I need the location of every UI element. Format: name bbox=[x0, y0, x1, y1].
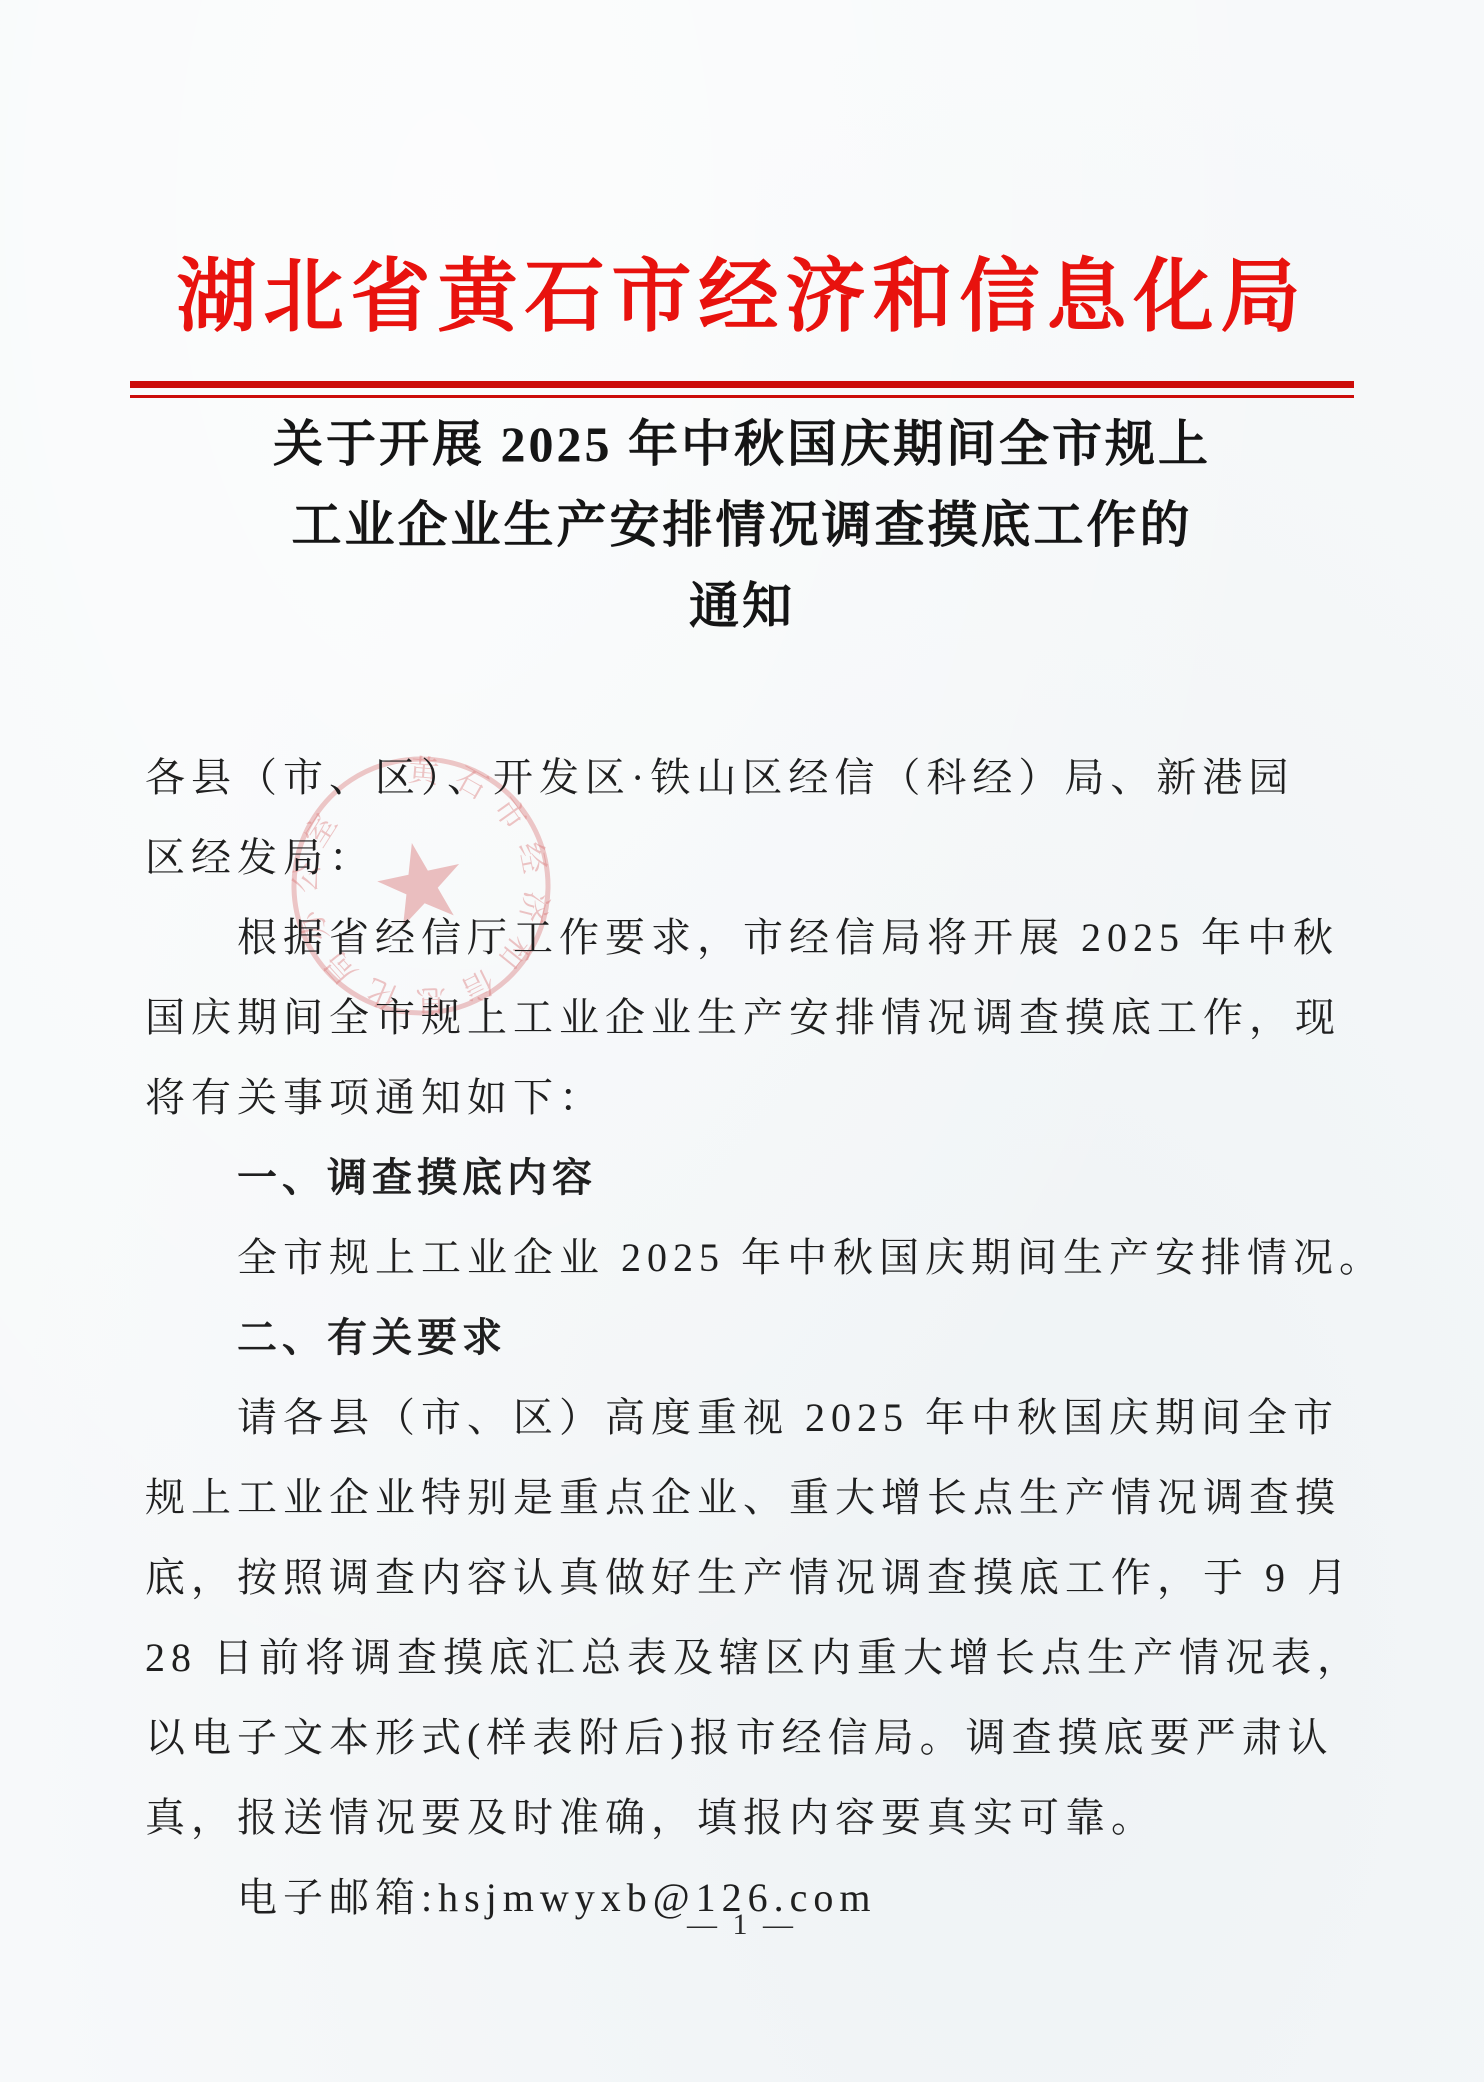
body-line: 国庆期间全市规上工业企业生产安排情况调查摸底工作，现 bbox=[145, 978, 1357, 1058]
body-line: 以电子文本形式(样表附后)报市经信局。调查摸底要严肃认 bbox=[145, 1698, 1357, 1778]
red-rule-thin bbox=[130, 395, 1354, 398]
body-line: 各县（市、区）、开发区·铁山区经信（科经）局、新港园 bbox=[145, 738, 1357, 818]
body-line: 全市规上工业企业 2025 年中秋国庆期间生产安排情况。 bbox=[145, 1218, 1357, 1298]
body-line: 一、调查摸底内容 bbox=[145, 1138, 1357, 1218]
body-lines: 各县（市、区）、开发区·铁山区经信（科经）局、新港园区经发局：根据省经信厅工作要… bbox=[145, 738, 1357, 1938]
body-line: 底，按照调查内容认真做好生产情况调查摸底工作，于 9 月 bbox=[145, 1538, 1357, 1618]
body-line: 真，报送情况要及时准确，填报内容要真实可靠。 bbox=[145, 1778, 1357, 1858]
body-line: 将有关事项通知如下： bbox=[145, 1058, 1357, 1138]
document-title: 关于开展 2025 年中秋国庆期间全市规上 工业企业生产安排情况调查摸底工作的 … bbox=[0, 404, 1484, 647]
red-rule-thick bbox=[130, 381, 1354, 388]
issuer-letterhead: 湖北省黄石市经济和信息化局 bbox=[0, 248, 1484, 348]
body-line: 区经发局： bbox=[145, 818, 1357, 898]
body-line: 根据省经信厅工作要求，市经信局将开展 2025 年中秋 bbox=[145, 898, 1357, 978]
body-line: 电子邮箱:hsjmwyxb@126.com bbox=[145, 1858, 1357, 1938]
body-line: 请各县（市、区）高度重视 2025 年中秋国庆期间全市 bbox=[145, 1378, 1357, 1458]
title-line-3: 通知 bbox=[0, 566, 1484, 647]
title-line-1: 关于开展 2025 年中秋国庆期间全市规上 bbox=[0, 404, 1484, 485]
body-line: 二、有关要求 bbox=[145, 1298, 1357, 1378]
body-line: 28 日前将调查摸底汇总表及辖区内重大增长点生产情况表， bbox=[145, 1618, 1357, 1698]
document-page: 湖北省黄石市经济和信息化局 关于开展 2025 年中秋国庆期间全市规上 工业企业… bbox=[0, 0, 1484, 2082]
title-line-2: 工业企业生产安排情况调查摸底工作的 bbox=[0, 485, 1484, 566]
body-line: 规上工业企业特别是重点企业、重大增长点生产情况调查摸 bbox=[145, 1458, 1357, 1538]
